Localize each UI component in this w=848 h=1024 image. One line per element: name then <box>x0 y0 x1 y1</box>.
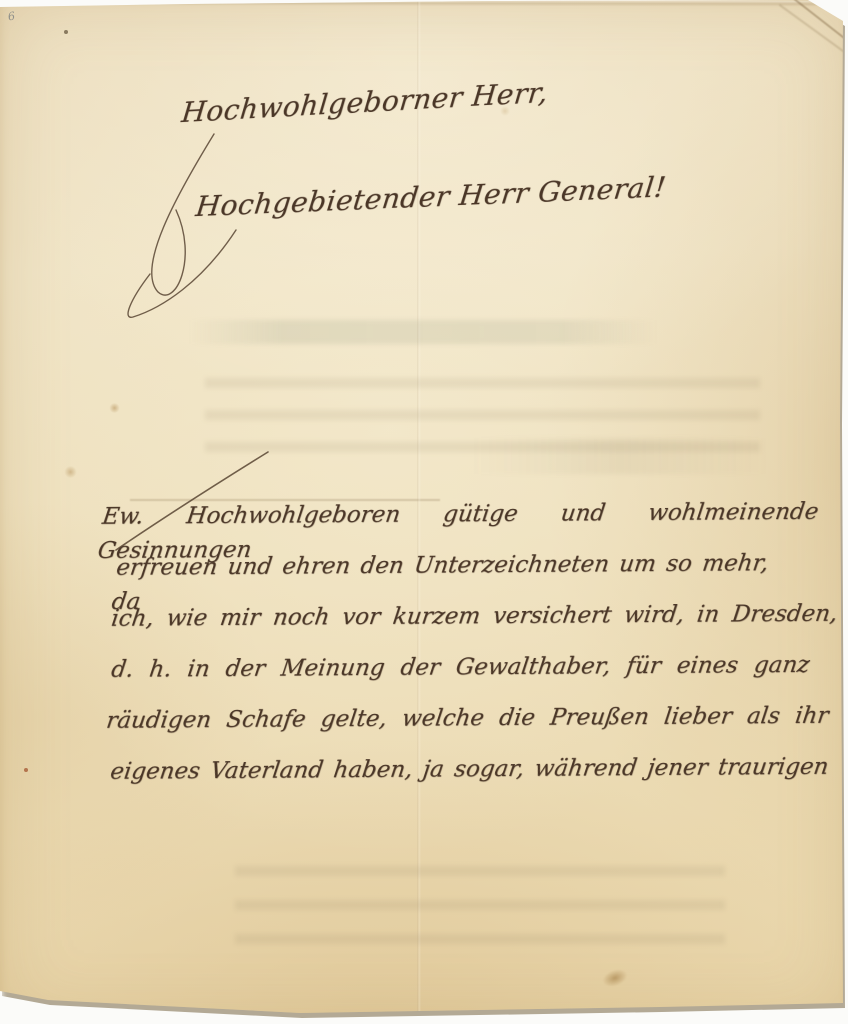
paper-sheet: 6 Hochwohlgeborner Herr, Hochgebietender… <box>0 0 848 1024</box>
body-line: Ew. Hochwohlgeboren gütige und wohlmeine… <box>99 495 820 540</box>
ink-showthrough-band <box>188 320 658 344</box>
body-line: d. h. in der Meinung der Gewalthaber, fü… <box>108 648 811 693</box>
ink-showthrough-band <box>235 842 725 960</box>
body-line: räudigen Schafe gelte, welche die Preuße… <box>103 699 830 744</box>
ink-showthrough-band <box>470 438 770 474</box>
body-line: erfreuen und ehren den Unterzeichneten u… <box>113 546 770 591</box>
ink-speck <box>64 30 68 34</box>
ink-showthrough-band <box>205 356 760 464</box>
salutation-line-1: Hochwohlgeborner Herr, <box>180 75 550 129</box>
stain-smudge <box>600 966 630 990</box>
corner-crease <box>791 0 848 54</box>
fox-spot <box>109 403 120 413</box>
red-speck <box>24 768 28 772</box>
body-line: eigenes Vaterland haben, ja sogar, währe… <box>107 750 830 795</box>
letter-scan: { "annotations": { "corner_mark": "6" },… <box>0 0 848 1024</box>
pencil-corner-mark: 6 <box>7 9 16 23</box>
fox-spot <box>64 466 77 478</box>
body-line: ich, wie mir noch vor kurzem versichert … <box>108 597 839 642</box>
horizontal-fold-crease <box>0 0 848 7</box>
salutation-line-2: Hochgebietender Herr General! <box>194 170 668 223</box>
flourish-stroke-salutation2 <box>128 230 236 317</box>
